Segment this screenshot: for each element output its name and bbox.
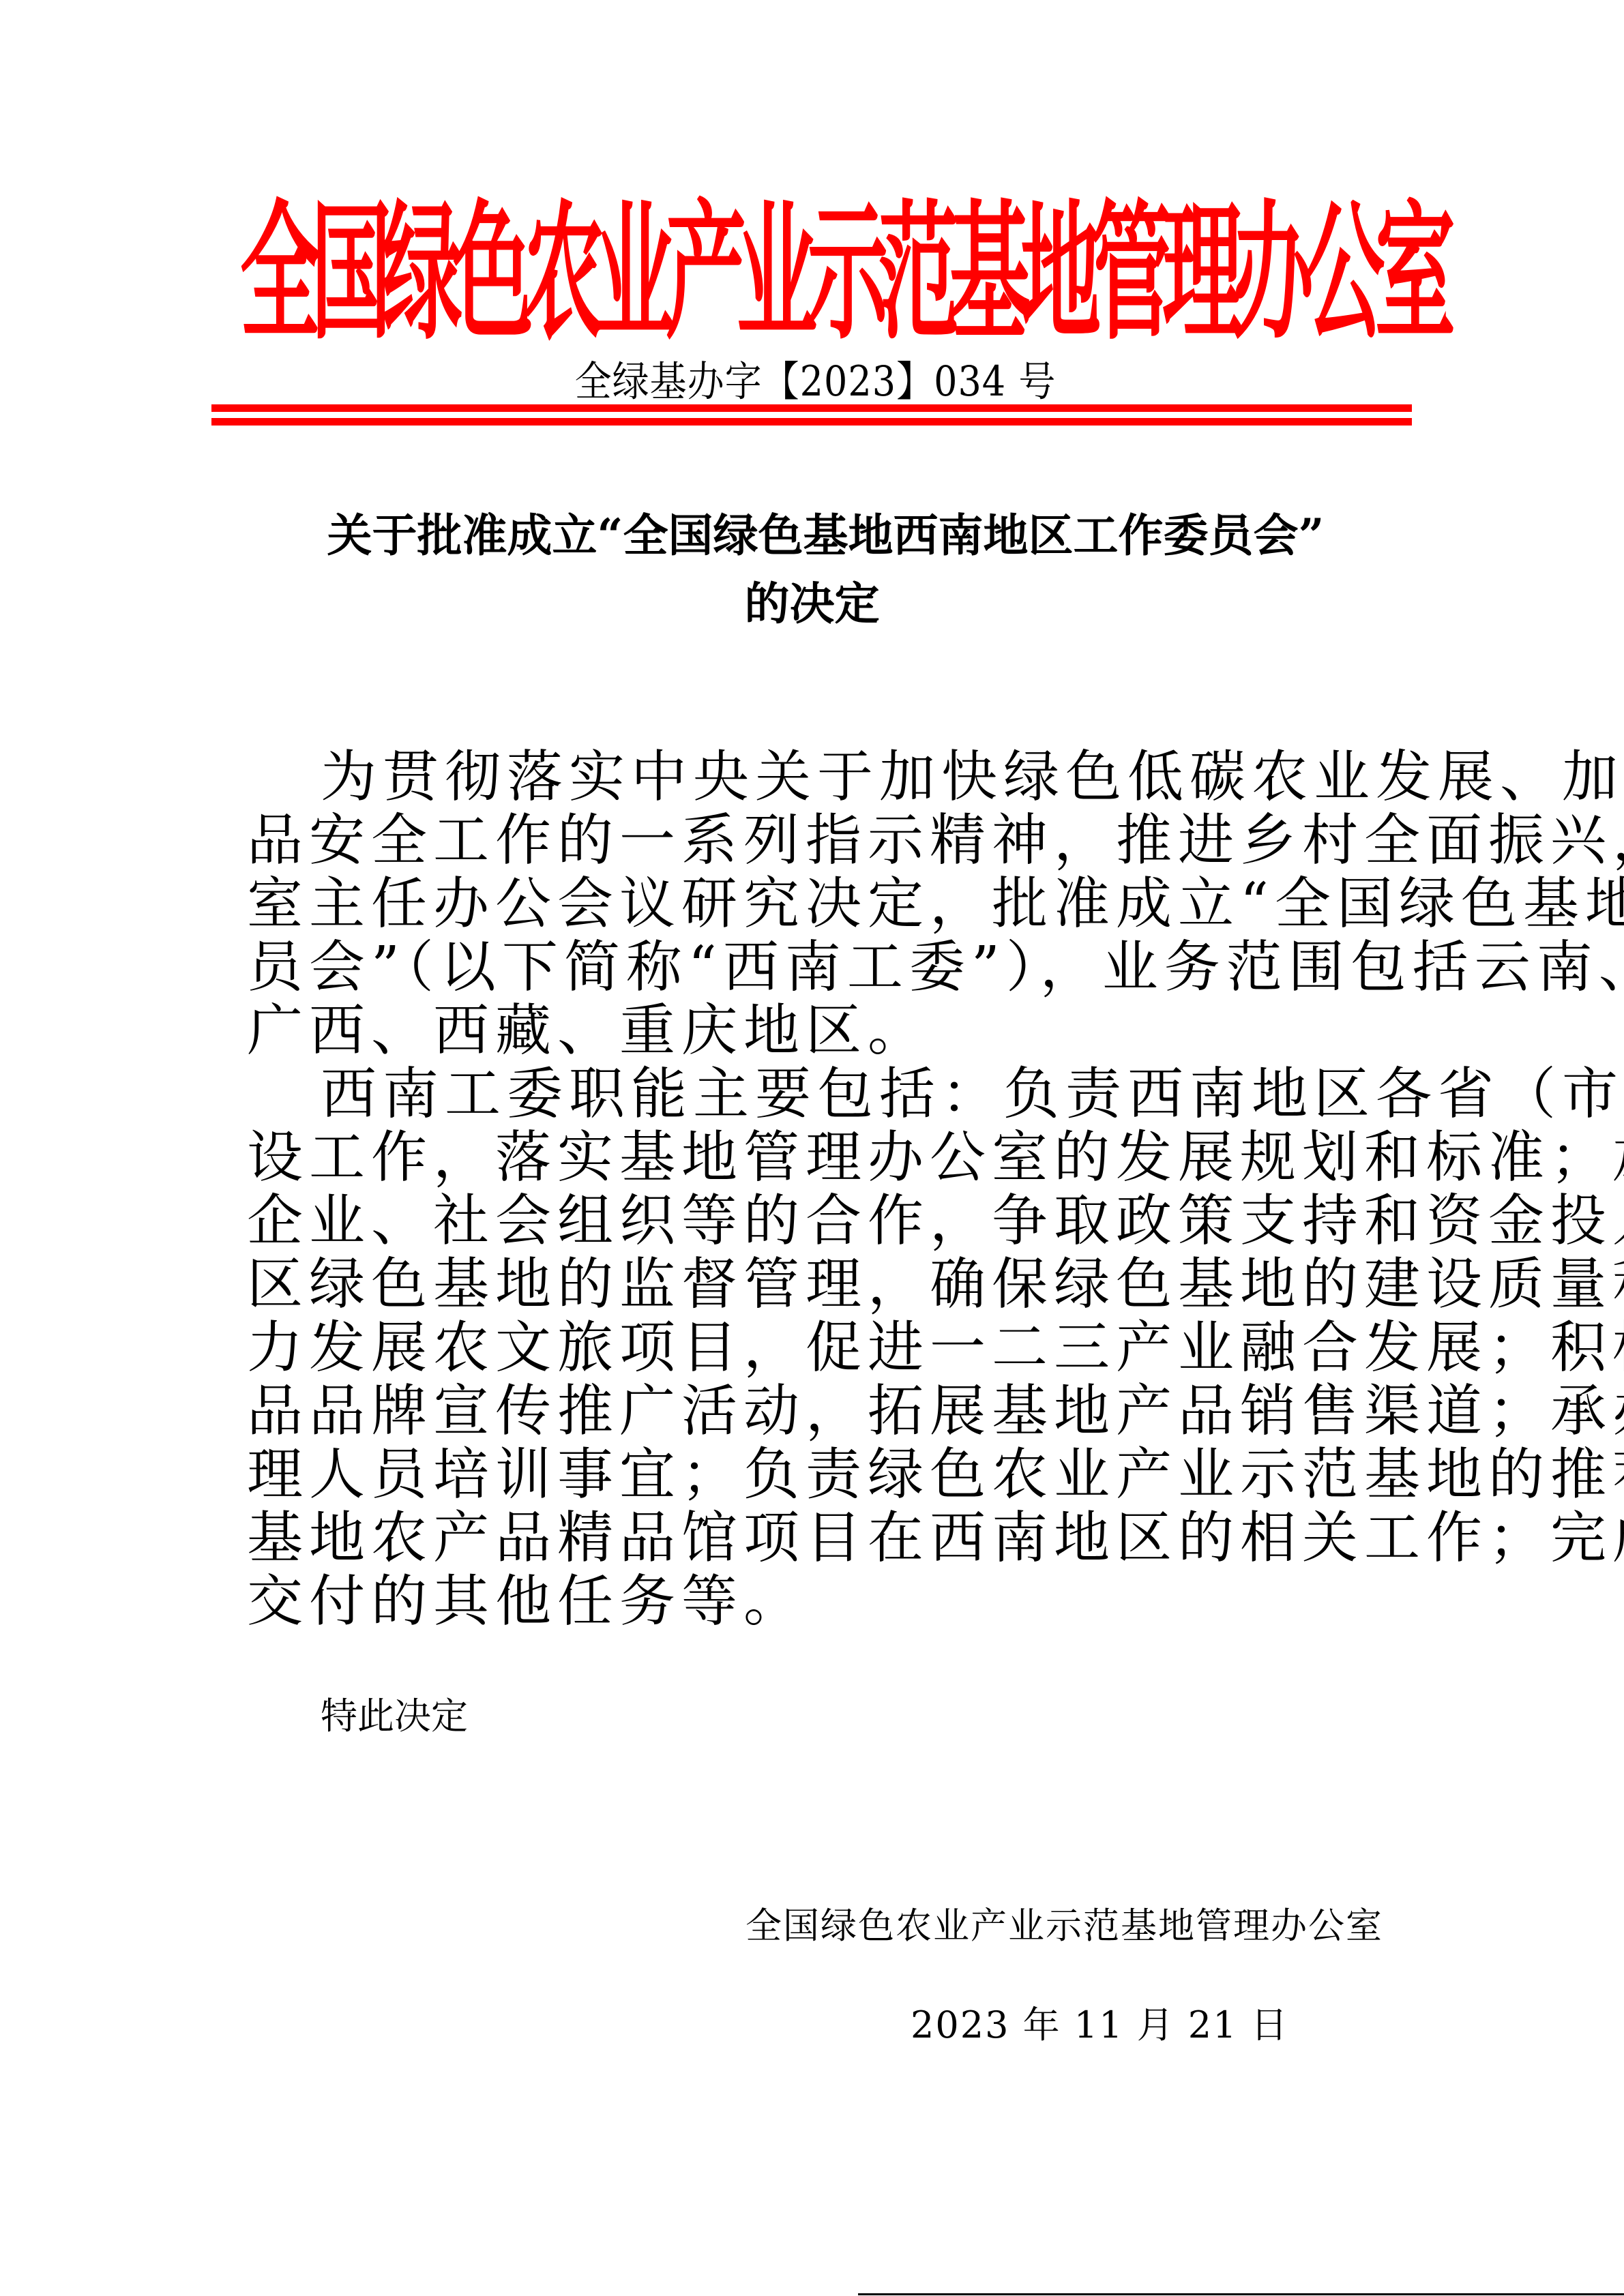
masthead-char: 地: [1020, 198, 1091, 347]
body-line: 品安全工作的一系列指示精神，推进乡村全面振兴，经基地管理办公: [247, 809, 1393, 872]
masthead-char: 色: [453, 198, 524, 347]
masthead-char: 全: [240, 198, 311, 347]
body-line: 基地农产品精品馆项目在西南地区的相关工作；完成基地管理办公室: [247, 1506, 1393, 1570]
masthead-char: 业: [737, 198, 808, 347]
masthead-organization-name: 全 国 绿 色 农 业 产 业 示 范 基 地 管 理 办 公 室: [240, 191, 1386, 355]
masthead-char: 室: [1375, 198, 1446, 347]
body-line: 设工作，落实基地管理办公室的发展规划和标准；加强与政府部门、: [247, 1126, 1393, 1189]
body-line: 广西、西藏、重庆地区。: [247, 999, 1393, 1062]
body-line: 为贯彻落实中央关于加快绿色低碳农业发展、加强粮食安全和食: [247, 745, 1393, 809]
masthead-char: 公: [1304, 198, 1375, 347]
masthead-char: 办: [1233, 198, 1304, 347]
closing-statement: 特此决定: [321, 1693, 468, 1740]
body-line: 品品牌宣传推广活动，拓展基地产品销售渠道；承办全国绿色基地管: [247, 1380, 1393, 1443]
masthead-char: 管: [1091, 198, 1162, 347]
document-number: 全绿基办字【2023】034 号: [0, 359, 1624, 404]
masthead-char: 理: [1162, 198, 1233, 347]
footer-divider: [858, 2293, 1624, 2295]
masthead-char: 范: [879, 198, 949, 347]
masthead-char: 农: [524, 198, 595, 347]
body-line: 理人员培训事宜；负责绿色农业产业示范基地的推荐；负责全国绿色: [247, 1443, 1393, 1506]
red-divider-bottom: [211, 418, 1412, 426]
document-title-line-1: 关于批准成立“全国绿色基地西南地区工作委员会”: [14, 508, 1624, 563]
masthead-char: 业: [595, 198, 666, 347]
body-line: 室主任办公会议研究决定，批准成立“全国绿色基地西南地区工作委: [247, 872, 1393, 936]
body-paragraph-1: 为贯彻落实中央关于加快绿色低碳农业发展、加强粮食安全和食 品安全工作的一系列指示…: [247, 745, 1393, 1062]
masthead-char: 国: [311, 198, 382, 347]
body-line: 员会”（以下简称“西南工委”），业务范围包括云南、贵州、四川、: [247, 936, 1393, 999]
masthead-char: 示: [808, 198, 879, 347]
masthead-char: 产: [666, 198, 737, 347]
body-line: 交付的其他任务等。: [247, 1570, 1393, 1633]
signature-issuer: 全国绿色农业产业示范基地管理办公室: [728, 1903, 1383, 1950]
signature-date: 2023 年 11 月 21 日: [911, 2001, 1289, 2049]
body-line: 西南工委职能主要包括：负责西南地区各省（市）的绿色基地建: [247, 1062, 1393, 1126]
document-title-line-2: 的决定: [0, 576, 1624, 631]
masthead-char: 绿: [382, 198, 453, 347]
body-line: 力发展农文旅项目，促进一二三产业融合发展；积极组织开展基地产: [247, 1316, 1393, 1380]
body-paragraph-2: 西南工委职能主要包括：负责西南地区各省（市）的绿色基地建 设工作，落实基地管理办…: [247, 1062, 1393, 1633]
body-line: 企业、社会组织等的合作，争取政策支持和资金投入；加强对西南地: [247, 1189, 1393, 1253]
body-line: 区绿色基地的监督管理，确保绿色基地的建设质量和可持续发展；大: [247, 1253, 1393, 1316]
document-number-text: 全绿基办字【2023】034 号: [575, 357, 1057, 406]
red-divider-top: [211, 404, 1412, 412]
masthead-char: 基: [949, 198, 1020, 347]
